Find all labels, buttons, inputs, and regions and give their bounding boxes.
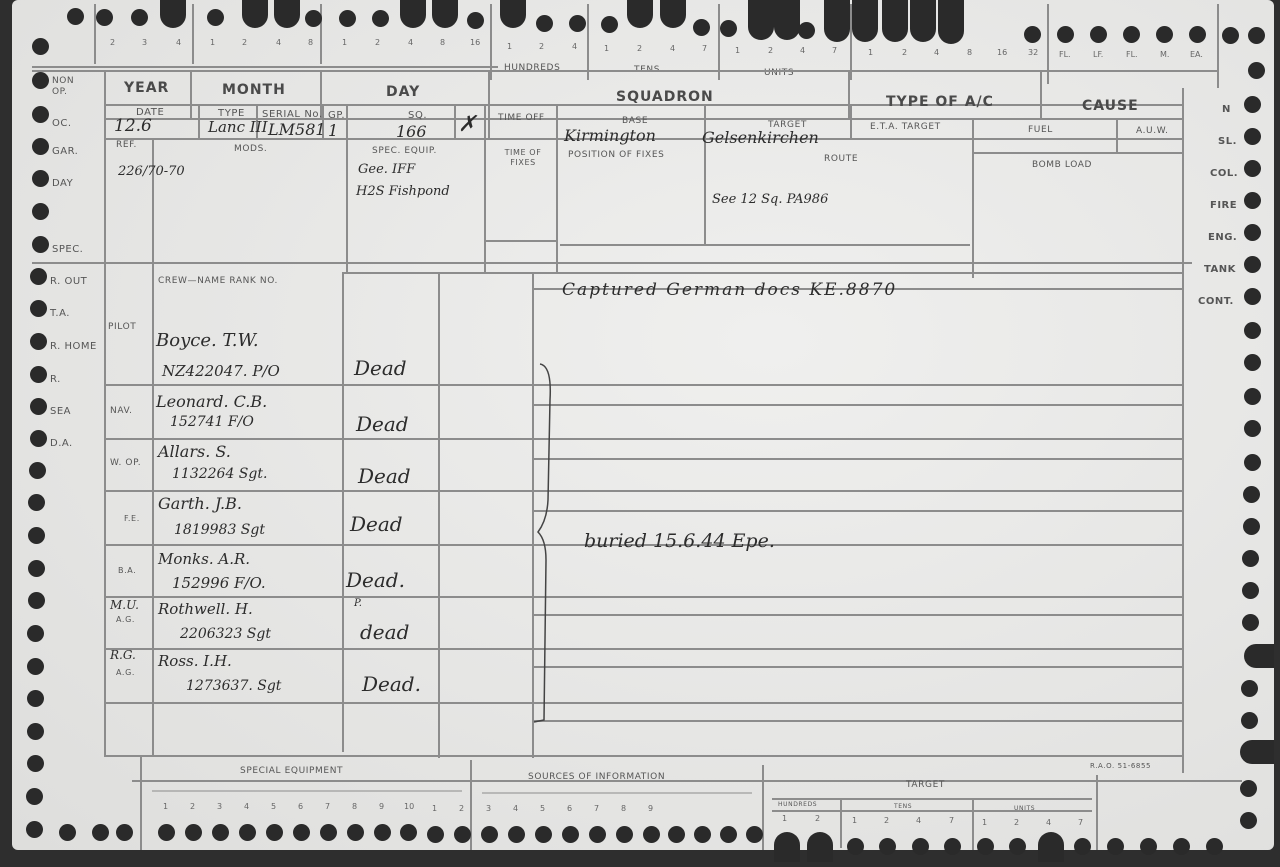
- tick-label: 2: [884, 816, 889, 825]
- punch-hole: [372, 10, 389, 27]
- tick-label: 7: [325, 802, 330, 811]
- punch-hole: [1206, 838, 1223, 855]
- ref-value: 226/70-70: [118, 164, 185, 179]
- tick-label: 7: [949, 816, 954, 825]
- crew-number: 152996 F/O.: [172, 574, 266, 592]
- tick-label: 2: [375, 38, 380, 47]
- punch-hole: [720, 826, 737, 843]
- crossed-mark-icon: ✗: [458, 112, 476, 137]
- form-code: R.A.O. 51-6855: [1090, 762, 1151, 770]
- side-label-n: N: [1222, 104, 1231, 115]
- bomb-load-label: BOMB LOAD: [1032, 160, 1092, 170]
- punch-hole: [207, 9, 224, 26]
- tick-label: 8: [621, 804, 626, 813]
- sources-of-information-label: SOURCES OF INFORMATION: [528, 772, 665, 782]
- punch-hole: [30, 333, 47, 350]
- punch-hole: [1107, 838, 1124, 855]
- crew-number: 1132264 Sgt.: [172, 466, 267, 482]
- tick-label: 32: [1028, 48, 1038, 57]
- crew-role: B.A.: [118, 566, 136, 575]
- tick-label: 4: [1046, 818, 1051, 827]
- punch-hole: [131, 9, 148, 26]
- punch-hole: [1244, 224, 1261, 241]
- punch-hole: [1243, 486, 1260, 503]
- punch-hole: [1244, 288, 1261, 305]
- crew-name: Boyce. T.W.: [156, 330, 259, 351]
- punch-hole: [158, 824, 175, 841]
- target-strip-label: TARGET: [906, 780, 945, 790]
- tick-label: 10: [404, 802, 414, 811]
- tick-label: 1: [868, 48, 873, 57]
- punch-hole: [589, 826, 606, 843]
- punch-hole: [266, 824, 283, 841]
- crew-header: CREW—NAME RANK NO.: [158, 276, 278, 286]
- crew-number: 2206323 Sgt: [180, 626, 271, 642]
- tick-label: 2: [815, 814, 820, 823]
- tick-label: 3: [217, 802, 222, 811]
- note-captured-documents: Captured German docs KE.8870: [562, 280, 897, 300]
- punch-hole: [59, 824, 76, 841]
- punch-hole: [239, 824, 256, 841]
- base-label: BASE: [622, 116, 648, 126]
- punch-hole: [1123, 26, 1140, 43]
- punch-notch: [824, 0, 850, 42]
- punch-hole: [1090, 26, 1107, 43]
- side-label: D.A.: [50, 438, 73, 449]
- auw-label: A.U.W.: [1136, 126, 1169, 136]
- punch-hole: [27, 658, 44, 675]
- tick-label: 3: [486, 804, 491, 813]
- punch-hole: [32, 170, 49, 187]
- tick-label: 4: [572, 42, 577, 51]
- tick-label: LF.: [1093, 50, 1103, 59]
- punch-hole: [305, 10, 322, 27]
- punch-hole: [32, 138, 49, 155]
- tick-label: 16: [997, 48, 1007, 57]
- crew-name: Allars. S.: [158, 442, 231, 461]
- punch-notch: [748, 0, 774, 40]
- crew-role: F.E.: [124, 514, 140, 523]
- punch-hole: [32, 236, 49, 253]
- tick-label: 2: [1014, 818, 1019, 827]
- target-value: Gelsenkirchen: [702, 128, 819, 147]
- tick-label: FL.: [1126, 50, 1138, 59]
- punch-hole: [454, 826, 471, 843]
- side-label-tank: TANK: [1204, 264, 1236, 275]
- punch-notch: [242, 0, 268, 28]
- punch-hole: [67, 8, 84, 25]
- punch-notch: [274, 0, 300, 28]
- year-header: YEAR: [124, 80, 169, 96]
- crew-role: W. OP.: [110, 458, 141, 468]
- tick-label: 4: [408, 38, 413, 47]
- tick-label: 1: [163, 802, 168, 811]
- punch-notch: [1244, 644, 1274, 668]
- crew-status: Dead: [350, 512, 403, 536]
- punch-notch: [938, 0, 964, 44]
- punch-hole: [1241, 712, 1258, 729]
- punch-hole: [28, 527, 45, 544]
- punch-hole: [977, 838, 994, 855]
- position-of-fixes-label: POSITION OF FIXES: [568, 150, 664, 160]
- punch-hole: [643, 826, 660, 843]
- side-label: DAY: [52, 178, 73, 189]
- punch-hole: [481, 826, 498, 843]
- tick-label: 9: [379, 802, 384, 811]
- cause-header: CAUSE: [1082, 98, 1139, 114]
- punch-hole: [92, 824, 109, 841]
- spec-equip-value-1: Gee. IFF: [358, 162, 415, 177]
- punch-notch: [882, 0, 908, 42]
- squadron-header: SQUADRON: [616, 89, 714, 105]
- crew-role: PILOT: [108, 322, 136, 332]
- tick-label: 2: [539, 42, 544, 51]
- tick-label: 9: [648, 804, 653, 813]
- tick-label: 4: [800, 46, 805, 55]
- punch-hole: [693, 19, 710, 36]
- punch-hole: [28, 592, 45, 609]
- crew-number: NZ422047. P/O: [162, 362, 280, 380]
- tick-label: 2: [242, 38, 247, 47]
- punch-notch: [500, 0, 526, 28]
- punch-hole: [30, 300, 47, 317]
- tick-label: 7: [594, 804, 599, 813]
- punch-hole: [944, 838, 961, 855]
- punch-hole: [1244, 388, 1261, 405]
- tick-label: 1: [782, 814, 787, 823]
- punch-hole: [32, 203, 49, 220]
- punch-hole: [694, 826, 711, 843]
- punch-hole: [1241, 680, 1258, 697]
- crew-name: Monks. A.R.: [158, 550, 250, 568]
- side-label-fire: FIRE: [1210, 200, 1237, 211]
- route-label: ROUTE: [824, 154, 858, 164]
- punch-hole: [27, 690, 44, 707]
- punch-hole: [96, 9, 113, 26]
- date-value: 12.6: [114, 116, 152, 136]
- tick-label: 1: [342, 38, 347, 47]
- punch-hole: [1189, 26, 1206, 43]
- punch-hole: [798, 22, 815, 39]
- bracket-mark-icon: [532, 360, 562, 730]
- punch-hole: [32, 106, 49, 123]
- punch-hole: [508, 826, 525, 843]
- sq-value: 166: [396, 122, 427, 141]
- tick-label: 2: [110, 38, 115, 47]
- punch-hole: [912, 838, 929, 855]
- punch-hole: [212, 824, 229, 841]
- crew-status: dead: [360, 620, 409, 644]
- tick-label: 7: [702, 44, 707, 53]
- crew-status: Dead.: [346, 568, 405, 592]
- serial-label: SERIAL No.: [262, 109, 323, 120]
- punch-hole: [1140, 838, 1157, 855]
- time-of-fixes-label: TIME OF FIXES: [498, 148, 548, 168]
- tick-label: 4: [670, 44, 675, 53]
- gp-label: GP.: [328, 110, 345, 121]
- punch-hole: [26, 821, 43, 838]
- side-label-col: COL.: [1210, 168, 1238, 179]
- side-label: SEA: [50, 406, 71, 417]
- month-header: MONTH: [222, 82, 286, 98]
- tick-label: 1: [735, 46, 740, 55]
- punch-hole: [1244, 192, 1261, 209]
- side-label-cont: CONT.: [1198, 296, 1234, 307]
- tick-label: 2: [768, 46, 773, 55]
- tick-label: 7: [1078, 818, 1083, 827]
- tick-label: 6: [298, 802, 303, 811]
- crew-status: Dead.: [362, 672, 421, 696]
- mods-label: MODS.: [234, 144, 267, 154]
- punch-hole: [1248, 62, 1265, 79]
- crew-role: NAV.: [110, 406, 133, 416]
- route-value: See 12 Sq. PA986: [712, 192, 828, 207]
- target-units-label: UNITS: [1014, 805, 1035, 812]
- tick-label: FL.: [1059, 50, 1071, 59]
- punch-hole: [28, 494, 45, 511]
- crew-status: Dead: [356, 412, 409, 436]
- tick-label: 1: [210, 38, 215, 47]
- side-label-eng: ENG.: [1208, 232, 1237, 243]
- punch-hole: [320, 824, 337, 841]
- punch-hole: [400, 824, 417, 841]
- crew-role-note: M.U.: [110, 598, 139, 612]
- punch-hole: [339, 10, 356, 27]
- punch-hole: [30, 398, 47, 415]
- non-op-label: NON OP.: [52, 76, 92, 98]
- base-value: Kirmington: [564, 126, 656, 145]
- punch-notch: [400, 0, 426, 28]
- side-label-sl: SL.: [1218, 136, 1237, 147]
- crew-name: Garth. J.B.: [158, 494, 242, 513]
- tick-label: 4: [513, 804, 518, 813]
- punch-hole: [1242, 614, 1259, 631]
- serial-value: LM581: [268, 120, 326, 139]
- punch-hole: [1074, 838, 1091, 855]
- punch-hole: [374, 824, 391, 841]
- punch-hole: [1244, 256, 1261, 273]
- punch-hole: [569, 15, 586, 32]
- crew-number: 1819983 Sgt: [174, 522, 265, 538]
- type-value: Lanc III: [208, 118, 268, 136]
- note-burial: buried 15.6.44 Epe.: [584, 530, 775, 552]
- tick-label: 2: [902, 48, 907, 57]
- punch-notch: [774, 832, 800, 862]
- punch-hole: [32, 72, 49, 89]
- tick-label: EA.: [1190, 50, 1203, 59]
- day-header: DAY: [386, 84, 420, 100]
- tick-label: 4: [244, 802, 249, 811]
- crew-status: Dead: [358, 464, 411, 488]
- tick-label: 2: [637, 44, 642, 53]
- side-label: SPEC.: [52, 244, 83, 255]
- punch-hole: [1244, 322, 1261, 339]
- punch-hole: [1156, 26, 1173, 43]
- punch-notch: [852, 0, 878, 42]
- punch-hole: [879, 838, 896, 855]
- fuel-label: FUEL: [1028, 125, 1053, 135]
- side-label: R. HOME: [50, 341, 97, 352]
- punch-hole: [28, 560, 45, 577]
- tick-label: M.: [1160, 50, 1169, 59]
- crew-name: Leonard. C.B.: [156, 392, 267, 411]
- side-label: T.A.: [50, 308, 70, 319]
- punch-hole: [536, 15, 553, 32]
- ref-label: REF.: [116, 140, 137, 150]
- punch-hole: [467, 12, 484, 29]
- punch-notch: [1038, 832, 1064, 862]
- type-of-ac-header: TYPE OF A/C: [886, 94, 994, 110]
- spec-equip-value-2: H2S Fishpond: [356, 184, 450, 199]
- loss-card: 2 3 4 1 2 4 8 1 2 4 8 16 1 2 4 HUNDREDS …: [12, 0, 1274, 850]
- tick-label: 3: [142, 38, 147, 47]
- punch-hole: [616, 826, 633, 843]
- punch-hole: [27, 755, 44, 772]
- tick-label: 8: [308, 38, 313, 47]
- punch-hole: [1244, 420, 1261, 437]
- punch-hole: [535, 826, 552, 843]
- tick-label: 4: [276, 38, 281, 47]
- punch-hole: [30, 268, 47, 285]
- punch-hole: [1244, 128, 1261, 145]
- punch-hole: [27, 723, 44, 740]
- punch-hole: [1222, 27, 1239, 44]
- tick-label: 4: [176, 38, 181, 47]
- time-off-label: TIME OFF: [498, 113, 545, 123]
- punch-hole: [1244, 160, 1261, 177]
- side-label: GAR.: [52, 146, 78, 157]
- punch-hole: [1242, 582, 1259, 599]
- crew-role: A.G.: [116, 615, 135, 624]
- tick-label: 1: [507, 42, 512, 51]
- tick-label: 16: [470, 38, 480, 47]
- special-equipment-label: SPECIAL EQUIPMENT: [240, 766, 343, 776]
- punch-hole: [1248, 27, 1265, 44]
- gp-value: 1: [328, 121, 338, 140]
- tick-label: 8: [440, 38, 445, 47]
- punch-hole: [1173, 838, 1190, 855]
- punch-hole: [1244, 454, 1261, 471]
- punch-hole: [29, 462, 46, 479]
- crew-status: Dead: [354, 356, 407, 380]
- punch-hole: [30, 366, 47, 383]
- tick-label: 4: [934, 48, 939, 57]
- punch-hole: [32, 38, 49, 55]
- crew-name: Rothwell. H.: [158, 600, 253, 618]
- punch-hole: [1242, 550, 1259, 567]
- tick-label: 7: [832, 46, 837, 55]
- crew-number: 1273637. Sgt: [186, 678, 281, 694]
- punch-hole: [347, 824, 364, 841]
- punch-hole: [30, 430, 47, 447]
- punch-hole: [668, 826, 685, 843]
- punch-hole: [27, 625, 44, 642]
- punch-hole: [847, 838, 864, 855]
- punch-hole: [562, 826, 579, 843]
- punch-hole: [1244, 354, 1261, 371]
- tick-label: 2: [190, 802, 195, 811]
- punch-hole: [293, 824, 310, 841]
- punch-notch: [660, 0, 686, 28]
- crew-number: 152741 F/O: [170, 414, 254, 430]
- punch-notch: [1240, 740, 1274, 764]
- punch-hole: [1009, 838, 1026, 855]
- tick-label: 1: [604, 44, 609, 53]
- punch-hole: [427, 826, 444, 843]
- punch-hole: [1057, 26, 1074, 43]
- spec-equip-label: SPEC. EQUIP.: [372, 146, 437, 156]
- punch-hole: [746, 826, 763, 843]
- crew-status-note: P.: [354, 598, 362, 609]
- punch-notch: [774, 0, 800, 40]
- tick-label: 6: [567, 804, 572, 813]
- punch-notch: [432, 0, 458, 28]
- tick-label: 2: [459, 804, 464, 813]
- crew-name: Ross. I.H.: [158, 652, 232, 670]
- punch-hole: [26, 788, 43, 805]
- tick-label: 1: [852, 816, 857, 825]
- tick-label: 4: [916, 816, 921, 825]
- crew-role: A.G.: [116, 668, 135, 677]
- punch-hole: [601, 16, 618, 33]
- side-label: R.: [50, 374, 61, 385]
- punch-notch: [160, 0, 186, 28]
- side-label: R. OUT: [50, 276, 87, 287]
- crew-role-note: R.G.: [110, 648, 136, 662]
- punch-notch: [910, 0, 936, 42]
- target-hundreds-label: HUNDREDS: [778, 801, 817, 808]
- tick-label: 5: [271, 802, 276, 811]
- sq-label: SQ.: [408, 110, 427, 121]
- punch-hole: [1024, 26, 1041, 43]
- punch-hole: [1240, 780, 1257, 797]
- punch-hole: [1240, 812, 1257, 829]
- tick-label: 1: [432, 804, 437, 813]
- punch-hole: [720, 20, 737, 37]
- tick-label: 1: [982, 818, 987, 827]
- tick-label: 8: [967, 48, 972, 57]
- punch-hole: [1243, 518, 1260, 535]
- tick-label: 5: [540, 804, 545, 813]
- punch-hole: [1244, 96, 1261, 113]
- side-label: OC.: [52, 118, 72, 129]
- punch-hole: [116, 824, 133, 841]
- punch-hole: [185, 824, 202, 841]
- eta-target-label: E.T.A. TARGET: [870, 122, 941, 132]
- target-tens-label: TENS: [894, 803, 912, 810]
- tick-label: 8: [352, 802, 357, 811]
- punch-notch: [627, 0, 653, 28]
- punch-notch: [807, 832, 833, 862]
- hundreds-label: HUNDREDS: [504, 63, 560, 73]
